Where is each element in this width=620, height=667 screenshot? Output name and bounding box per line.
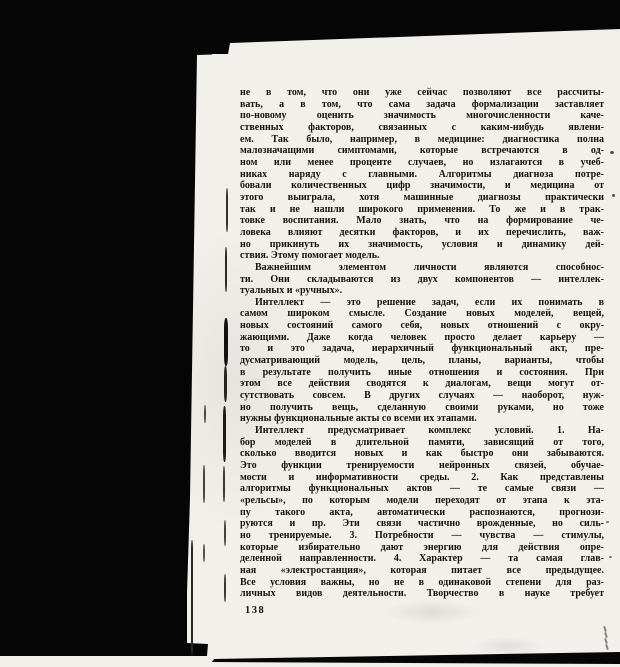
text-line: туальных и «ручных».	[240, 285, 604, 297]
text-line: ственных факторов, связанных с каким-ниб…	[240, 122, 604, 134]
text-line: Интеллект предусматривает комплекс услов…	[240, 425, 604, 437]
scan-edge-left	[0, 48, 212, 658]
text-line: но прикинуть их значимость, условия и ди…	[240, 239, 604, 251]
margin-speck	[609, 556, 612, 558]
text-line: Интеллект — это решение задач, если их п…	[240, 297, 604, 309]
binding-shadow-streak	[225, 247, 227, 292]
text-line: ном или менее проценте случаев, но излаг…	[240, 157, 604, 169]
text-line: по-новому оценить значимость многочислен…	[240, 110, 604, 122]
text-line: мости и информативности среды. 2. Как пр…	[240, 472, 604, 484]
margin-speck	[606, 521, 609, 523]
text-line: сколько вводится новых и как быстро они …	[240, 448, 604, 460]
text-line: то и это задача, иерархичный функциональ…	[240, 343, 604, 355]
text-line: самом широком смысле. Создание новых мод…	[240, 308, 604, 320]
text-line: товке воспитания. Мало знать, что на фор…	[240, 215, 604, 227]
binding-shadow-streak	[203, 465, 205, 503]
binding-shadow-streak	[224, 366, 227, 402]
binding-shadow-streak	[223, 466, 225, 502]
text-line: но тренируемые. 3. Потребности — чувства…	[240, 530, 604, 542]
binding-shadow-streak	[224, 318, 228, 366]
binding-shadow-streak	[203, 544, 205, 562]
text-line: пу такого акта, автоматически распознают…	[240, 507, 604, 519]
page-number: 138	[245, 605, 265, 616]
margin-speck	[610, 151, 614, 154]
text-line: новых состояний самого себя, новых отнош…	[240, 320, 604, 332]
text-line: руются и пр. Эти связи частично врожденн…	[240, 518, 604, 530]
text-line: вать, а в том, что сама задача формализа…	[240, 99, 604, 111]
text-line: «рельсы», по которым модели переходят от…	[240, 495, 604, 507]
text-line: не в том, что они уже сейчас позволяют в…	[240, 87, 604, 99]
book-page-scan: не в том, что они уже сейчас позволяют в…	[0, 0, 620, 667]
text-line: так и не нашли широкого применения. То ж…	[240, 204, 604, 216]
text-line: ти. Они складываются из двух компонентов…	[240, 274, 604, 286]
text-line: этого выиграла, хотя машинные диагнозы п…	[240, 192, 604, 204]
text-line: алгоритмы функциональных актов — те самы…	[240, 483, 604, 495]
binding-shadow-streak	[224, 520, 226, 546]
text-line: Все условия важны, но не в одинаковой ст…	[240, 577, 604, 589]
text-line: никах наряду с главными. Алгоритмы диагн…	[240, 169, 604, 181]
text-line: дусматривающий модель, цель, планы, вари…	[240, 355, 604, 367]
text-line: ная «электростанция», которая питает все…	[240, 565, 604, 577]
text-line: личных видов деятельности. Творчество в …	[240, 588, 604, 600]
text-line: малозначащими симптомами, которые встреч…	[240, 145, 604, 157]
binding-shadow-streak	[226, 188, 228, 232]
binding-shadow-streak	[223, 406, 226, 462]
text-line: нужны функциональные акты со всеми их эт…	[240, 413, 604, 425]
text-line: сутствовать совсем. В других случаях — н…	[240, 390, 604, 402]
text-line: ствия. Этому помогает модель.	[240, 250, 604, 262]
text-line: деленной направленности. 4. Характер — т…	[240, 553, 604, 565]
text-line: Это функции тренируемости нейронных связ…	[240, 460, 604, 472]
binding-shadow-streak	[224, 574, 226, 602]
text-line: бор моделей в длительной памяти, зависящ…	[240, 437, 604, 449]
paragraph: не в том, что они уже сейчас позволяют в…	[240, 87, 604, 262]
paragraph: Важнейшим элементом личности являются сп…	[240, 262, 604, 297]
binding-shadow-streak	[204, 405, 206, 423]
text-line: ловека влияют десятки факторов, и их пер…	[240, 227, 604, 239]
text-line: в результате получить иные отношения и с…	[240, 367, 604, 379]
scan-edge-bottom	[212, 650, 620, 666]
binding-shadow-streak	[191, 540, 193, 656]
text-line: этом все действия сводятся к диалогам, в…	[240, 378, 604, 390]
page-text: не в том, что они уже сейчас позволяют в…	[240, 87, 604, 600]
paragraph: Интеллект предусматривает комплекс услов…	[240, 425, 604, 600]
margin-scribble-mark	[605, 644, 609, 650]
text-line: Важнейшим элементом личности являются сп…	[240, 262, 604, 274]
text-line: но получить вещь, сделанную своими рукам…	[240, 402, 604, 414]
text-line: которые избирательно дают энергию для де…	[240, 542, 604, 554]
scan-edge-top	[0, 0, 620, 56]
paragraph: Интеллект — это решение задач, если их п…	[240, 297, 604, 425]
margin-speck	[612, 194, 615, 197]
text-line: бовали количественных цифр значимости, и…	[240, 180, 604, 192]
text-line: ем. Так было, например, в медицине: диаг…	[240, 134, 604, 146]
text-line: жающими. Даже когда человек просто делае…	[240, 332, 604, 344]
